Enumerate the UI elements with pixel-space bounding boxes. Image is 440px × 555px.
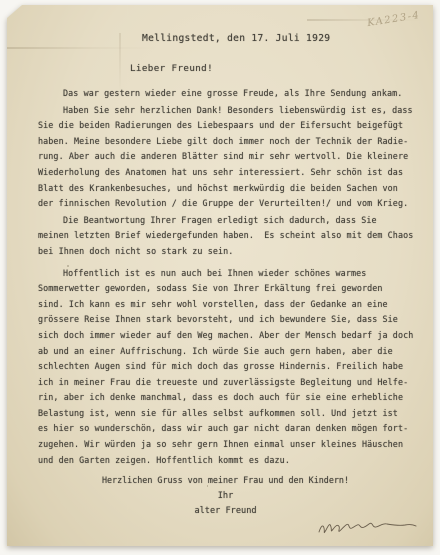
closing-greeting: Herzlichen Gruss von meiner Frau und den… (38, 473, 413, 488)
body-line: Sie die beiden Radierungen des Liebespaa… (38, 118, 413, 134)
letter-body: Das war gestern wieder eine grosse Freud… (38, 86, 413, 468)
body-line: Sommerwetter geworden, sodass Sie von Ih… (38, 281, 413, 297)
paragraph: Hoffentlich ist es nun auch bei Ihnen wi… (38, 266, 413, 469)
body-line: schlechten Augen sind für mich doch das … (38, 359, 413, 375)
body-line: Wiederholung des Anatomen hat uns sehr i… (38, 165, 413, 181)
paper-sheet: KA223-4 Mellingstedt, den 17. Juli 1929 … (7, 5, 433, 546)
body-line: rin, aber ich denke manchmal, dass es do… (38, 390, 413, 406)
body-line: es hier so wunderschön, dass wir auch ga… (38, 421, 413, 437)
body-line: sich doch immer wieder auf den Weg mache… (38, 328, 413, 344)
body-line: der finnischen Revolution / die Gruppe d… (38, 196, 413, 212)
body-line: zugehen. Wir würden ja so sehr gern Ihne… (38, 437, 413, 453)
body-line: Belastung ist, wenn sie für alles selbst… (38, 406, 413, 422)
dateline: Mellingstedt, den 17. Juli 1929 (142, 33, 413, 45)
handwritten-signature (315, 514, 419, 542)
paragraph: Das war gestern wieder eine grosse Freud… (38, 86, 413, 102)
body-line: Das war gestern wieder eine grosse Freud… (38, 86, 413, 102)
body-line: ab und an einer Auffrischung. Ich würde … (38, 344, 413, 360)
body-line: haben. Meine besondere Liebe gilt doch i… (38, 134, 413, 150)
body-line: sind. Ich kann es mir sehr wohl vorstell… (38, 297, 413, 313)
body-line: Hoffentlich ist es nun auch bei Ihnen wi… (38, 266, 413, 282)
body-line: bei Ihnen doch nicht so stark zu sein. (38, 244, 413, 260)
body-line: und den Garten zeigen. Hoffentlich kommt… (38, 453, 413, 469)
letter-paper: KA223-4 Mellingstedt, den 17. Juli 1929 … (7, 5, 433, 546)
body-line: grössere Reise Ihnen stark bevorsteht, u… (38, 312, 413, 328)
body-line: Haben Sie sehr herzlichen Dank! Besonder… (38, 103, 413, 119)
body-line: meinen letzten Brief wiedergefunden habe… (38, 228, 413, 244)
body-line: Blatt des Krankenbesuches, und höchst me… (38, 181, 413, 197)
paragraph: Haben Sie sehr herzlichen Dank! Besonder… (38, 103, 413, 212)
letter-content: Mellingstedt, den 17. Juli 1929 Lieber F… (38, 5, 413, 519)
scanned-letter: KA223-4 Mellingstedt, den 17. Juli 1929 … (0, 0, 440, 555)
body-line: Die Beantwortung Ihrer Fragen erledigt s… (38, 213, 413, 229)
body-line: ich in meiner Frau die treueste und zuve… (38, 375, 413, 391)
body-line: rung. Aber auch die anderen Blätter sind… (38, 149, 413, 165)
valediction: Ihr (38, 488, 413, 504)
closing-block: Herzlichen Gruss von meiner Frau und den… (38, 473, 413, 519)
salutation: Lieber Freund! (130, 63, 413, 75)
paragraph: Die Beantwortung Ihrer Fragen erledigt s… (38, 213, 413, 260)
